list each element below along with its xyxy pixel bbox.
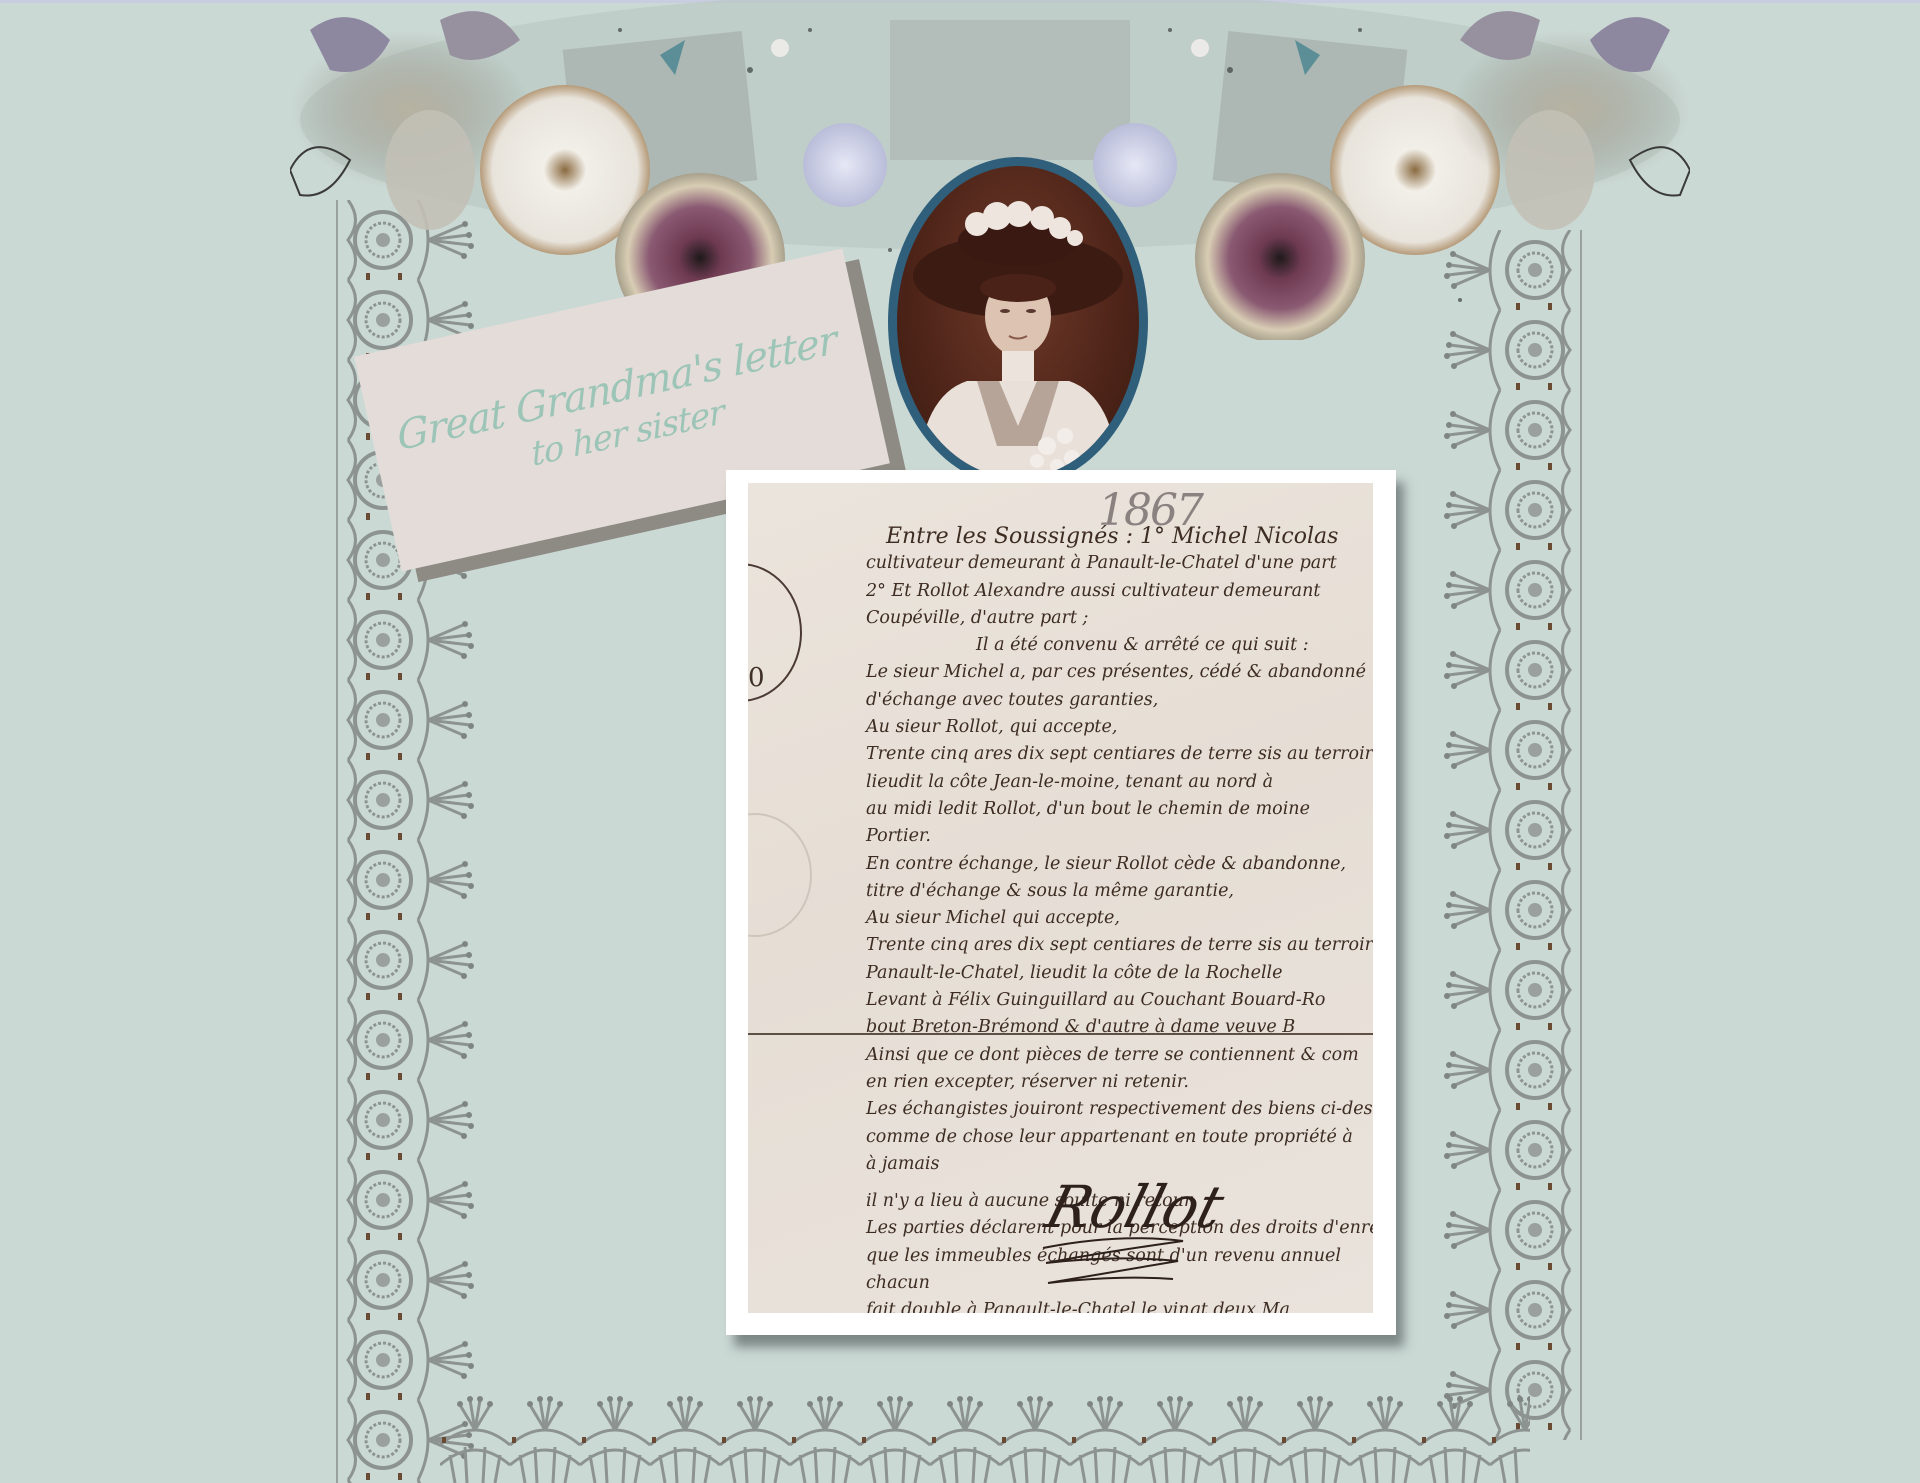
letter-line: Il a été convenu & arrêté ce qui suit :	[866, 632, 1373, 659]
letter-line: lieudit la côte Jean-le-moine, tenant au…	[866, 769, 1373, 796]
letter-line: Le sieur Michel a, par ces présentes, cé…	[866, 659, 1373, 686]
letter-line: d'échange avec toutes garanties,	[866, 687, 1373, 714]
portrait-photo	[897, 166, 1139, 478]
letter-line: fait double à Panault-le-Chatel le vingt…	[866, 1297, 1373, 1313]
letter-line: bout Breton-Brémond & d'autre à dame veu…	[866, 1014, 1373, 1041]
letter-line: 2° Et Rollot Alexandre aussi cultivateur…	[866, 578, 1373, 605]
letter-frame: IMPERIAL 0 1867 Entre les Soussignés : 1…	[726, 470, 1396, 1335]
letter-line: Panault-le-Chatel, lieudit la côte de la…	[866, 960, 1373, 987]
letter-line: En contre échange, le sieur Rollot cède …	[866, 851, 1373, 878]
signature-flourish	[1038, 1233, 1188, 1293]
embossed-seal	[748, 813, 812, 937]
portrait-frame	[888, 157, 1148, 487]
lace-border-bottom	[440, 1395, 1530, 1483]
letter-line: comme de chose leur appartenant en toute…	[866, 1124, 1373, 1151]
stamp-number: 0	[748, 663, 765, 693]
signature: Rollot	[1039, 1173, 1231, 1241]
letter-line: Les échangistes jouiront respectivement …	[866, 1096, 1373, 1123]
letter-line: Trente cinq ares dix sept centiares de t…	[866, 741, 1373, 768]
letter-line: au midi ledit Rollot, d'un bout le chemi…	[866, 796, 1373, 823]
letter-line: Entre les Soussignés : 1° Michel Nicolas	[866, 523, 1373, 550]
lace-border-right	[1440, 230, 1590, 1440]
letter-line: Au sieur Rollot, qui accepte,	[866, 714, 1373, 741]
letter-line: cultivateur demeurant à Panault-le-Chate…	[866, 550, 1373, 577]
letter-line: Levant à Félix Guinguillard au Couchant …	[866, 987, 1373, 1014]
letter-document: IMPERIAL 0 1867 Entre les Soussignés : 1…	[748, 483, 1373, 1313]
letter-line: Au sieur Michel qui accepte,	[866, 905, 1373, 932]
letter-line: Coupéville, d'autre part ;	[866, 605, 1373, 632]
letter-line: titre d'échange & sous la même garantie,	[866, 878, 1373, 905]
letter-line: Portier.	[866, 823, 1373, 850]
letter-line: en rien excepter, réserver ni retenir.	[866, 1069, 1373, 1096]
fold-line	[748, 1033, 1373, 1035]
letter-line: Ainsi que ce dont pièces de terre se con…	[866, 1042, 1373, 1069]
letter-line: Trente cinq ares dix sept centiares de t…	[866, 932, 1373, 959]
